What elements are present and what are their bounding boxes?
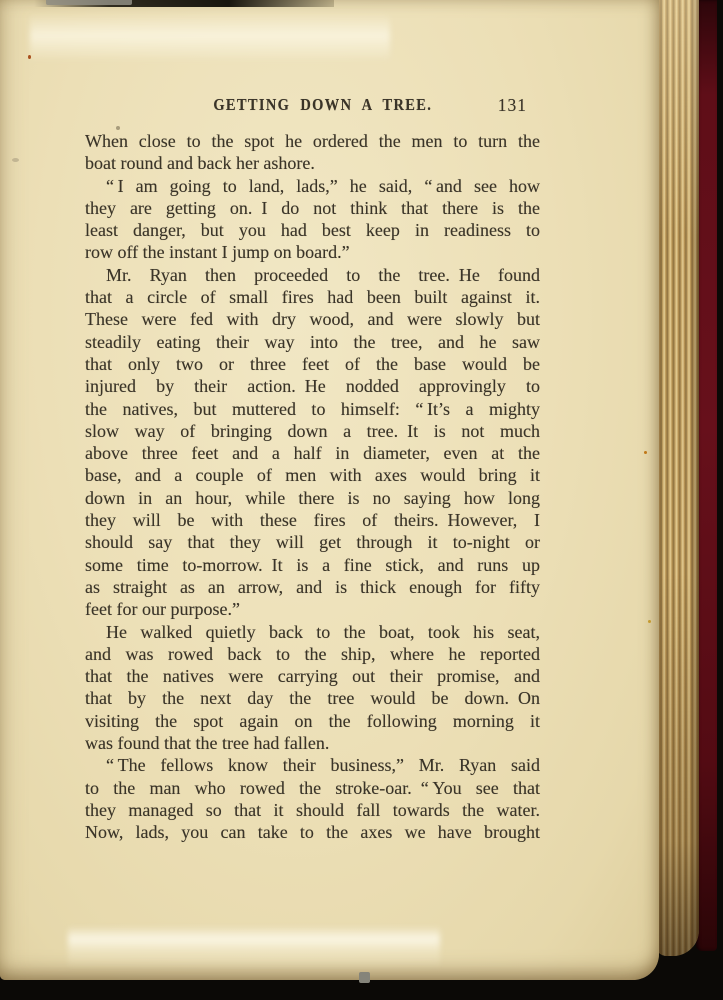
text-line: should say that they will get through it… <box>85 531 540 553</box>
text-line: These were fed with dry wood, and were s… <box>85 308 540 330</box>
page-number: 131 <box>498 95 527 116</box>
text-line: visiting the spot again on the following… <box>85 710 540 732</box>
paper-speck <box>12 158 19 162</box>
text-line: “ I am going to land, lads,” he said, “ … <box>85 175 540 197</box>
text-line: they are getting on. I do not think that… <box>85 197 540 219</box>
book-scan: GETTING DOWN A TREE. 131 When close to t… <box>0 0 723 1000</box>
text-line: above three feet and a half in diameter,… <box>85 442 540 464</box>
paper-speck <box>648 620 651 623</box>
text-line: Now, lads, you can take to the axes we h… <box>85 821 540 843</box>
text-line: least danger, but you had best keep in r… <box>85 219 540 241</box>
text-line: “ The fellows know their business,” Mr. … <box>85 754 540 776</box>
text-line: and was rowed back to the ship, where he… <box>85 643 540 665</box>
text-line: that only two or three feet of the base … <box>85 353 540 375</box>
book-cover <box>696 0 717 951</box>
text-line: slow way of bringing down a tree. It is … <box>85 420 540 442</box>
paper-speck <box>28 55 31 59</box>
text-line: as straight as an arrow, and is thick en… <box>85 576 540 598</box>
text-line: boat round and back her ashore. <box>85 152 540 174</box>
text-line: some time to-morrow. It is a fine stick,… <box>85 554 540 576</box>
text-line: feet for our purpose.” <box>85 598 540 620</box>
text-line: He walked quietly back to the boat, took… <box>85 621 540 643</box>
scan-clip <box>46 0 132 5</box>
text-line: they managed so that it should fall towa… <box>85 799 540 821</box>
text-line: row off the instant I jump on board.” <box>85 241 540 263</box>
running-head: GETTING DOWN A TREE. <box>213 95 432 115</box>
page-fore-edge <box>655 0 699 956</box>
text-line: Mr. Ryan then proceeded to the tree. He … <box>85 264 540 286</box>
paper-speck <box>644 451 647 454</box>
text-block: When close to the spot he ordered the me… <box>85 130 540 844</box>
text-line: that the natives were carrying out their… <box>85 665 540 687</box>
book-page: GETTING DOWN A TREE. 131 When close to t… <box>0 0 659 980</box>
scan-tab <box>359 972 370 983</box>
text-line: was found that the tree had fallen. <box>85 732 540 754</box>
text-line: to the man who rowed the stroke-oar. “ Y… <box>85 777 540 799</box>
text-line: base, and a couple of men with axes woul… <box>85 464 540 486</box>
text-line: down in an hour, while there is no sayin… <box>85 487 540 509</box>
text-line: When close to the spot he ordered the me… <box>85 130 540 152</box>
text-line: injured by their action. He nodded appro… <box>85 375 540 397</box>
scan-blur-streak-bottom <box>68 926 440 968</box>
page-header: GETTING DOWN A TREE. 131 <box>85 95 540 115</box>
text-line: that a circle of small fires had been bu… <box>85 286 540 308</box>
text-line: that by the next day the tree would be d… <box>85 687 540 709</box>
scan-blur-streak-top <box>30 14 390 62</box>
text-line: the natives, but muttered to himself: “ … <box>85 398 540 420</box>
text-line: they will be with these fires of theirs.… <box>85 509 540 531</box>
text-line: steadily eating their way into the tree,… <box>85 331 540 353</box>
